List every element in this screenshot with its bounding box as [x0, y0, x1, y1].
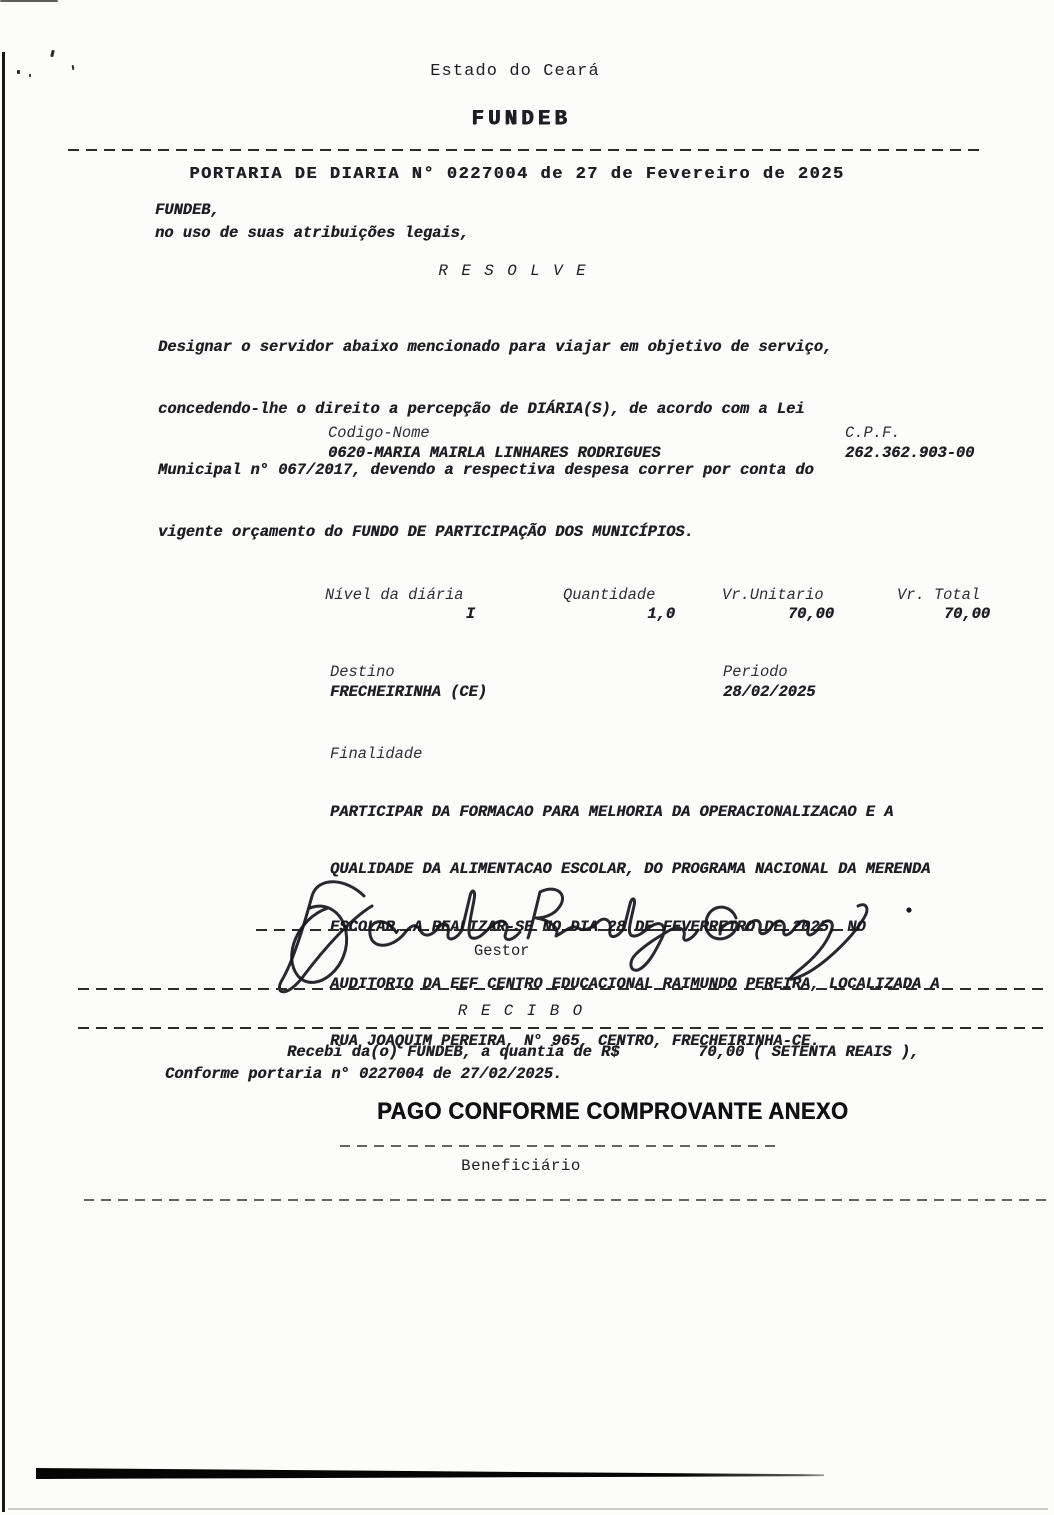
cpf-label: C.P.F. [845, 424, 900, 443]
destination-label: Destino [330, 663, 395, 682]
purpose-line: PARTICIPAR DA FORMACAO PARA MELHORIA DA … [330, 803, 940, 822]
beneficiary-label: Beneficiário [0, 1157, 1048, 1175]
divider-dashed-final [84, 1199, 1046, 1201]
resolution-line: Municipal n° 067/2017, devendo a respect… [158, 461, 832, 485]
receipt-text-line2: Conforme portaria n° 0227004 de 27/02/20… [165, 1065, 562, 1084]
col-quantity-label: Quantidade [563, 586, 655, 605]
resolve-heading: R E S O L V E [0, 262, 1040, 280]
org-heading: FUNDEB [0, 108, 1048, 131]
scan-black-streak [36, 1468, 824, 1479]
beneficiary-signature-line [340, 1145, 776, 1147]
col-total-label: Vr. Total [897, 586, 980, 605]
col-quantity-value: 1,0 [563, 605, 675, 624]
col-level-value: I [325, 605, 481, 624]
col-level-label: Nível da diária [325, 586, 464, 605]
period-value: 28/02/2025 [723, 683, 815, 702]
period-label: Periodo [723, 663, 788, 682]
code-name-label: Codigo-Nome [328, 424, 430, 443]
scanned-portaria-document: Estado do Ceará FUNDEB PORTARIA DE DIARI… [0, 0, 1054, 1515]
code-name-value: 0620-MARIA MAIRLA LINHARES RODRIGUES [328, 444, 661, 463]
manager-role-label: Gestor [474, 942, 529, 960]
recibo-heading: R E C I B O [0, 1002, 1048, 1020]
preamble-line-2: no uso de suas atribuições legais, [155, 224, 469, 243]
scan-artifact-top-edge [0, 0, 58, 2]
resolution-line: vigente orçamento do FUNDO DE PARTICIPAÇ… [158, 523, 832, 547]
col-total-value: 70,00 [897, 605, 990, 624]
resolution-paragraph: Designar o servidor abaixo mencionado pa… [158, 300, 832, 584]
receipt-text-line1: Recebi da(o) FUNDEB, a quantia de R$ [287, 1043, 620, 1062]
divider-dashed-top [68, 149, 986, 151]
signature-handwriting [268, 874, 923, 1002]
paid-stamp: PAGO CONFORME COMPROVANTE ANEXO [377, 1098, 848, 1126]
scan-speck [50, 50, 55, 58]
divider-dashed-recibo-bottom [78, 1027, 1050, 1029]
state-heading: Estado do Ceará [0, 62, 1042, 81]
cpf-value: 262.362.903-00 [845, 444, 974, 463]
destination-value: FRECHEIRINHA (CE) [330, 683, 487, 702]
receipt-amount: 70,00 [698, 1043, 744, 1062]
col-unit-value-value: 70,00 [722, 605, 834, 624]
preamble-line-1: FUNDEB, [155, 201, 220, 220]
portaria-title: PORTARIA DE DIARIA N° 0227004 de 27 de F… [0, 165, 1044, 184]
resolution-line: Designar o servidor abaixo mencionado pa… [158, 338, 832, 362]
divider-dashed-recibo-top [78, 988, 1050, 990]
col-unit-value-label: Vr.Unitario [722, 586, 824, 605]
purpose-label: Finalidade [330, 745, 422, 764]
scan-bottom-border-line [8, 1508, 1048, 1510]
resolution-line: concedendo-lhe o direito a percepção de … [158, 400, 832, 424]
receipt-amount-words: ( SETENTA REAIS ), [753, 1043, 919, 1062]
